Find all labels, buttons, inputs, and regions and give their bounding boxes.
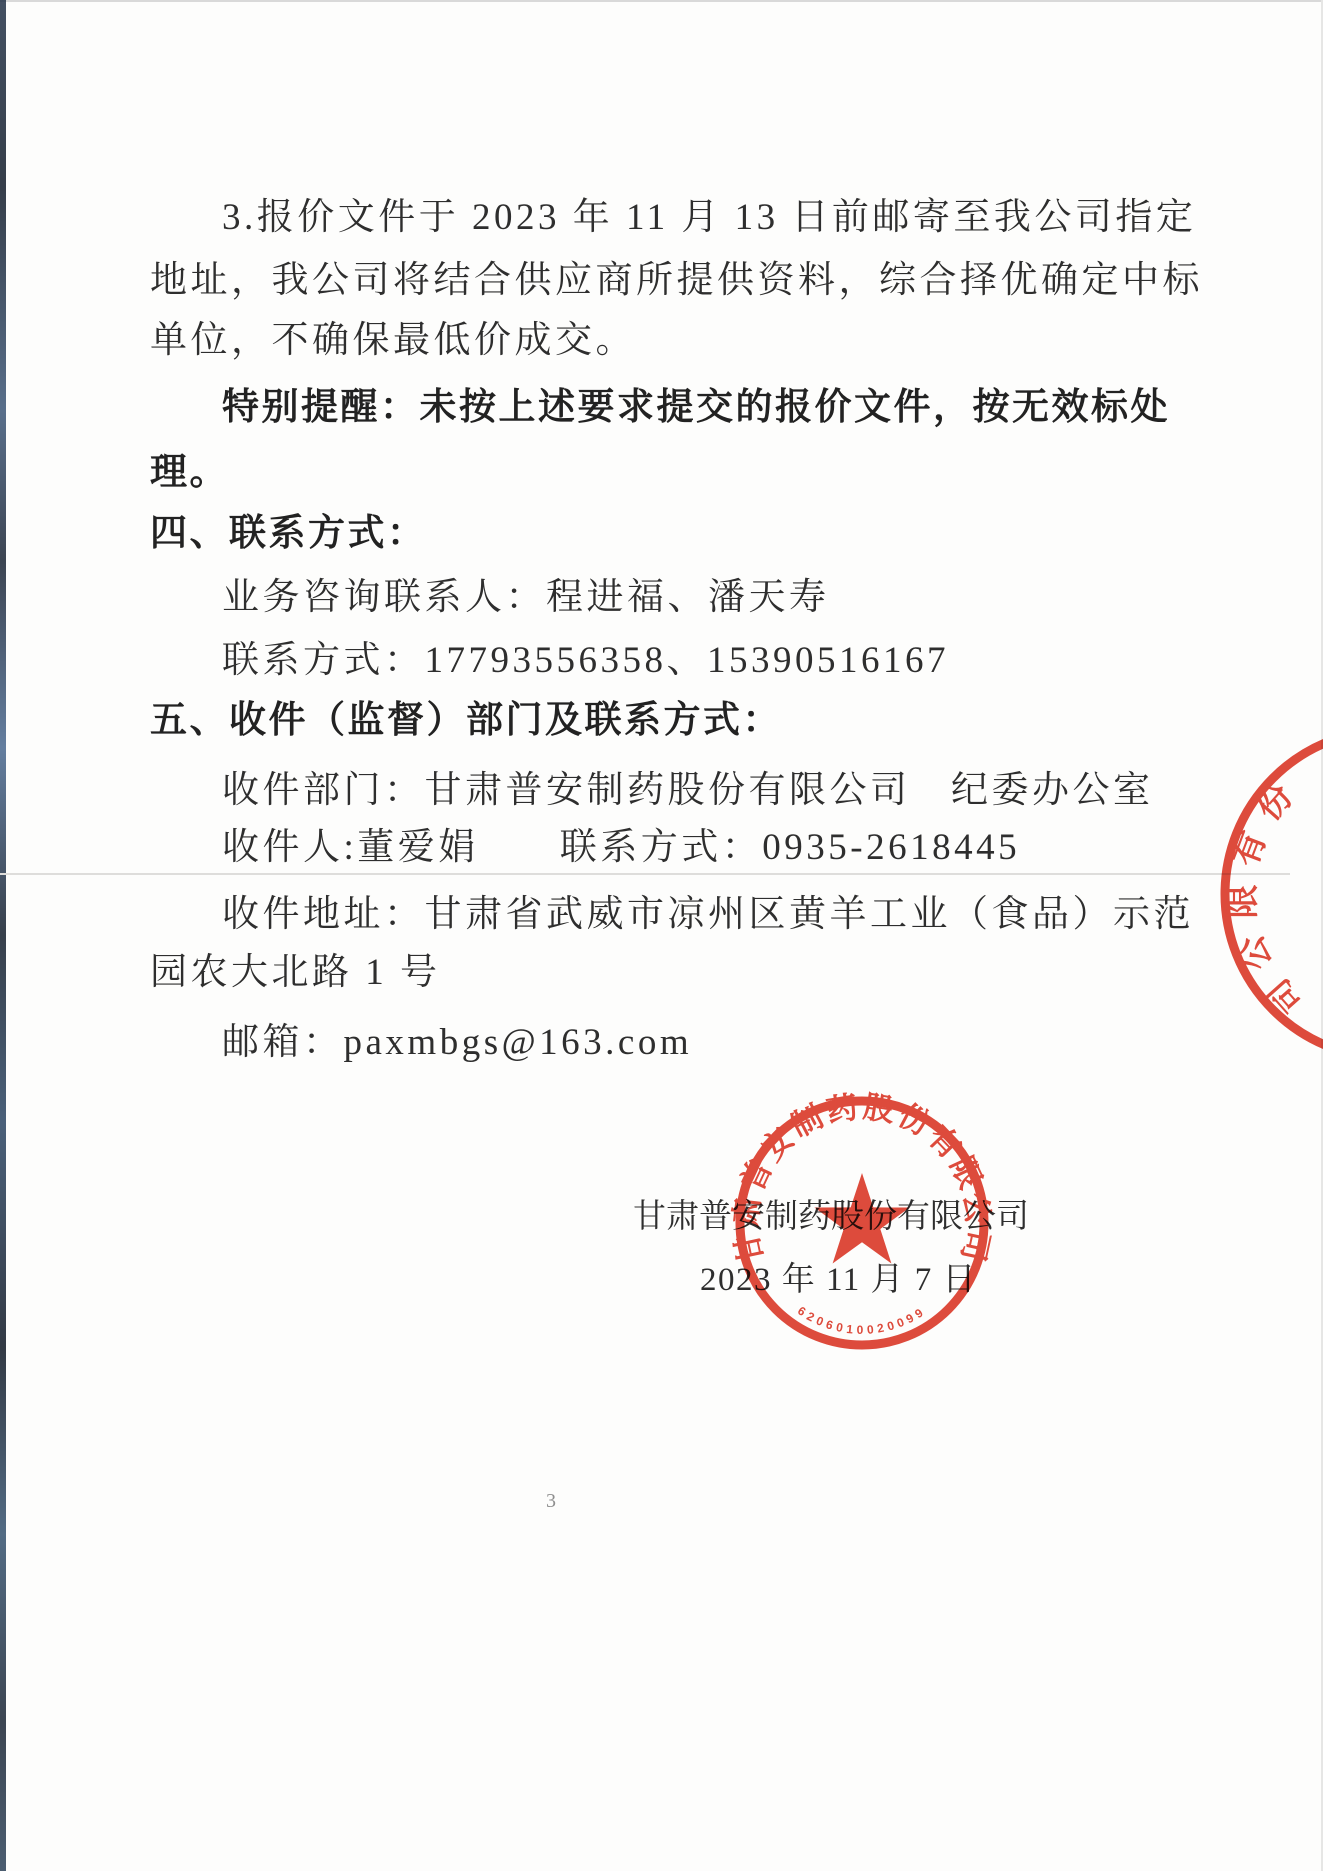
company-seal: 甘肃普安制药股份有限公司 6206010020099 [712, 1073, 1012, 1373]
partial-seal: 司公限有份 [1203, 710, 1323, 1130]
section-heading-contact: 四、联系方式： [150, 502, 427, 556]
special-reminder-line: 理。 [150, 441, 229, 495]
partial-seal-arc-text: 司公限有份 [1224, 766, 1310, 1022]
scanned-document-page: 3.报价文件于 2023 年 11 月 13 日前邮寄至我公司指定 地址，我公司… [0, 0, 1323, 1871]
paragraph-line: 地址，我公司将结合供应商所提供资料，综合择优确定中标 [150, 249, 1203, 303]
recipient-department-line: 收件部门：甘肃普安制药股份有限公司 纪委办公室 [222, 759, 1154, 813]
contact-phone-line: 联系方式：17793556358、15390516167 [222, 629, 949, 683]
recipient-address-line: 收件地址：甘肃省武威市凉州区黄羊工业（食品）示范 [222, 883, 1194, 937]
page-number: 3 [546, 1490, 556, 1513]
paragraph-line: 单位，不确保最低价成交。 [150, 309, 636, 363]
paragraph-line: 3.报价文件于 2023 年 11 月 13 日前邮寄至我公司指定 [222, 186, 1196, 240]
contact-person-line: 业务咨询联系人：程进福、潘天寿 [222, 566, 830, 620]
recipient-person-line: 收件人:董爱娟 联系方式：0935-2618445 [222, 816, 1020, 870]
scan-edge-top [0, 0, 1323, 2]
section-heading-recipient: 五、收件（监督）部门及联系方式： [150, 689, 782, 743]
scan-edge-left [0, 0, 6, 1871]
email-line: 邮箱：paxmbgs@163.com [222, 1011, 692, 1065]
seal-star-icon [814, 1173, 909, 1264]
special-reminder-line: 特别提醒：未按上述要求提交的报价文件，按无效标处 [222, 376, 1170, 430]
recipient-address-line2: 园农大北路 1 号 [150, 941, 441, 995]
paper-fold-line [0, 873, 1290, 875]
